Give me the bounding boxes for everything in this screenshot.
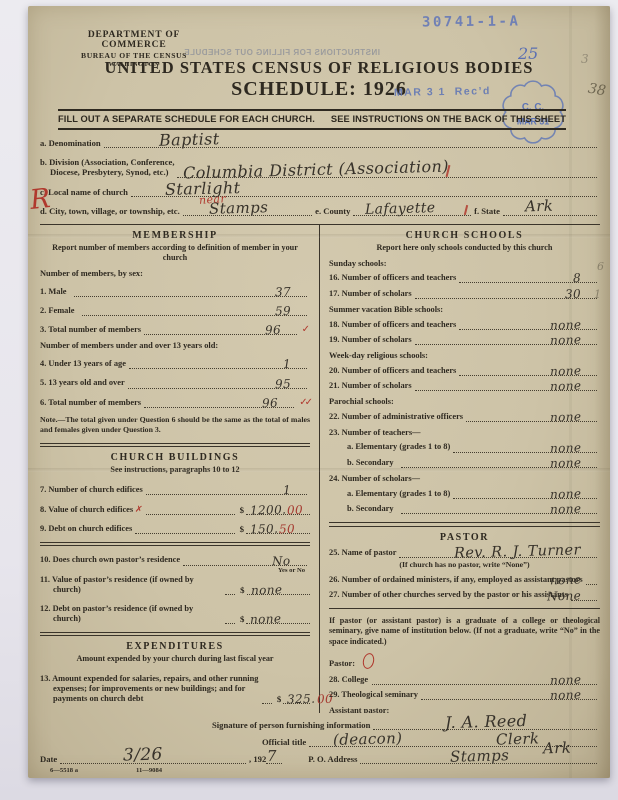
census-form-paper: DEPARTMENT OF COMMERCE BUREAU OF THE CEN… bbox=[28, 6, 610, 778]
dotted-leader: None bbox=[571, 600, 597, 601]
handwriting: 1 bbox=[283, 357, 291, 371]
handwritten-value: 1 bbox=[283, 357, 291, 371]
question-row: 28. Collegenone bbox=[329, 675, 600, 685]
dotted-leader: Ark bbox=[503, 215, 597, 216]
handwritten-value: none bbox=[550, 410, 581, 424]
dollar-sign: $ bbox=[240, 614, 244, 624]
answer-line: 1200.00 bbox=[246, 514, 310, 515]
group-heading: Week-day religious schools: bbox=[329, 351, 600, 360]
handwritten-value: 1 bbox=[283, 483, 291, 497]
handwriting: none bbox=[549, 502, 581, 517]
dotted-leader: 96 bbox=[144, 334, 297, 335]
double-rule bbox=[40, 632, 310, 637]
question-row: 20. Number of officers and teachersnone bbox=[329, 366, 600, 376]
margin-pencil-mark: 6 bbox=[597, 260, 604, 273]
question-label: 27. Number of other churches served by t… bbox=[329, 590, 568, 600]
question-row: a. Elementary (grades 1 to 8)none bbox=[347, 489, 600, 499]
question-label: 20. Number of officers and teachers bbox=[329, 366, 456, 376]
handwritten-value: 1200.00 bbox=[250, 503, 303, 517]
dollar-sign: $ bbox=[277, 694, 281, 704]
caption-text: (If church has no pastor, write “None”) bbox=[329, 560, 600, 569]
dotted-leader: Stamps Ark bbox=[360, 763, 597, 764]
handwritten-value: none bbox=[550, 456, 581, 470]
question-label: 26. Number of ordained ministers, if any… bbox=[329, 575, 583, 585]
question-label: 28. College bbox=[329, 675, 369, 685]
field-row-location: d. City, town, village, or township, etc… bbox=[40, 206, 600, 216]
handwritten-value: 325.00 bbox=[287, 692, 332, 706]
banner-right-text: SEE INSTRUCTIONS ON THE BACK OF THIS SHE… bbox=[331, 114, 566, 124]
question-label: 3. Total number of members bbox=[40, 325, 141, 335]
question-row: 17. Number of scholars30 bbox=[329, 289, 600, 299]
dotted-leader: 1 bbox=[146, 494, 307, 495]
handwriting: none bbox=[549, 440, 581, 455]
question-row: 11. Value of pastor’s residence (if owne… bbox=[40, 575, 310, 595]
question-row: 13. Amount expended for salaries, repair… bbox=[40, 674, 310, 704]
handwriting: 325. bbox=[287, 692, 316, 707]
dotted-leader: near Stamps bbox=[183, 215, 312, 216]
question-row: 12. Debt on pastor’s residence (if owned… bbox=[40, 604, 310, 624]
question-row: 27. Number of other churches served by t… bbox=[329, 590, 600, 600]
division-label-line2: Diocese, Presbytery, Synod, etc.) bbox=[40, 167, 168, 177]
group-heading-label: Parochial schools: bbox=[329, 397, 394, 406]
question-label: 12. Debt on pastor’s residence (if owned… bbox=[40, 604, 222, 624]
dotted-leader: none bbox=[372, 684, 597, 685]
denomination-value: Baptist bbox=[158, 129, 219, 150]
dotted-leader bbox=[225, 623, 235, 624]
field-row-denomination: a. Denomination Baptist bbox=[40, 138, 600, 148]
handwritten-value: 30 bbox=[565, 287, 581, 301]
handwriting: none bbox=[250, 582, 282, 597]
handwritten-value: none bbox=[550, 318, 581, 332]
section-title: PASTOR bbox=[329, 532, 600, 543]
handwritten-value: 8 bbox=[573, 271, 581, 285]
handwritten-value: No bbox=[272, 554, 291, 568]
dotted-leader: Lafayette bbox=[353, 215, 471, 216]
handwritten-value: 96 bbox=[265, 323, 281, 337]
question-label: 7. Number of church edifices bbox=[40, 485, 143, 495]
red-oval-mark bbox=[361, 652, 376, 670]
handwritten-value: none bbox=[550, 333, 581, 347]
group-heading: 23. Number of teachers— bbox=[329, 428, 600, 437]
division-label-line1: b. Division (Association, Conference, bbox=[40, 157, 174, 167]
handwritten-value: 59 bbox=[275, 304, 291, 318]
question-label: 4. Under 13 years of age bbox=[40, 359, 126, 369]
question-row: 18. Number of officers and teachersnone bbox=[329, 320, 600, 330]
dotted-leader: none bbox=[459, 375, 597, 376]
department-line: DEPARTMENT OF COMMERCE bbox=[54, 30, 214, 50]
question-row: 5. 13 years old and over95 bbox=[40, 378, 310, 388]
right-column: CHURCH SCHOOLSReport here only schools c… bbox=[320, 225, 600, 713]
question-label: 19. Number of scholars bbox=[329, 335, 412, 345]
red-check-icon: ✓ bbox=[302, 325, 310, 335]
handwriting: none bbox=[549, 672, 581, 687]
group-heading: Summer vacation Bible schools: bbox=[329, 305, 600, 314]
handwriting: none bbox=[549, 573, 581, 588]
identification-fields: R a. Denomination Baptist b. Division (A… bbox=[40, 138, 600, 216]
dotted-leader bbox=[135, 533, 234, 534]
question-label: b. Secondary bbox=[347, 504, 398, 514]
dotted-leader: J. A. Reed bbox=[373, 729, 597, 730]
handwritten-value: none bbox=[550, 502, 581, 516]
question-row: 9. Debt on church edifices$150.50 bbox=[40, 524, 310, 534]
group-heading-label: Number of members, by sex: bbox=[40, 269, 143, 278]
handwriting: 150. bbox=[250, 521, 279, 536]
date-address-row: Date 3/26 , 192 7 P. O. Address Stamps A… bbox=[40, 754, 600, 764]
handwritten-value: none bbox=[550, 379, 581, 393]
received-date-stamp: MAR 3 1 Rec’d bbox=[394, 85, 491, 99]
form-number: 6—5518 a bbox=[50, 767, 78, 774]
dotted-leader: none bbox=[459, 329, 597, 330]
dotted-leader: 37 bbox=[74, 296, 307, 297]
dotted-leader: none bbox=[421, 699, 597, 700]
note-text: Note.—The total given under Question 6 s… bbox=[40, 415, 310, 435]
question-label: a. Elementary (grades 1 to 8) bbox=[347, 442, 450, 452]
bleed-through-text: INSTRUCTIONS FOR FILLING OUT SCHEDULE bbox=[180, 48, 380, 57]
form-body-columns: MEMBERSHIPReport number of members accor… bbox=[40, 224, 600, 713]
question-row: 19. Number of scholarsnone bbox=[329, 335, 600, 345]
handwriting: 96 bbox=[262, 395, 278, 409]
city-label: d. City, town, village, or township, etc… bbox=[40, 206, 180, 216]
double-rule bbox=[40, 443, 310, 448]
single-rule bbox=[329, 608, 600, 609]
handwritten-value: 150.50 bbox=[250, 522, 295, 536]
margin-pencil-mark: 1 bbox=[594, 288, 601, 301]
yes-or-no-caption: Yes or No bbox=[278, 567, 305, 574]
group-heading: Parochial schools: bbox=[329, 397, 600, 406]
group-heading-label: Week-day religious schools: bbox=[329, 351, 428, 360]
handwritten-value: 95 bbox=[275, 377, 291, 391]
official-title-value2: Clerk bbox=[495, 729, 539, 748]
section-title: CHURCH BUILDINGS bbox=[40, 452, 310, 463]
handwriting: none bbox=[549, 486, 581, 501]
handwriting: 37 bbox=[275, 285, 291, 299]
question-row: 4. Under 13 years of age1 bbox=[40, 359, 310, 369]
handwriting: 1200. bbox=[250, 502, 287, 517]
handwritten-value: 96 bbox=[262, 396, 278, 410]
denomination-label: a. Denomination bbox=[40, 138, 101, 148]
dotted-leader: Columbia District (Association) bbox=[177, 177, 597, 178]
handwritten-value: none bbox=[550, 364, 581, 378]
question-label: 17. Number of scholars bbox=[329, 289, 412, 299]
serial-number-stamp: 30741-1-A bbox=[422, 13, 521, 30]
question-label: 5. 13 years old and over bbox=[40, 378, 125, 388]
instruction-text: If pastor (or assistant pastor) is a gra… bbox=[329, 616, 600, 648]
handwriting: none bbox=[549, 379, 581, 394]
dotted-leader: 3/26 bbox=[60, 763, 246, 764]
dollar-sign: $ bbox=[240, 524, 244, 534]
signature-label: Signature of person furnishing informati… bbox=[212, 720, 370, 730]
group-heading-label: Number of members under and over 13 year… bbox=[40, 341, 218, 350]
red-margin-letter: R bbox=[28, 183, 51, 216]
handwritten-value: none bbox=[550, 573, 581, 587]
dotted-leader: 30 bbox=[415, 298, 597, 299]
question-label: 2. Female bbox=[40, 306, 79, 316]
division-label: b. Division (Association, Conference,Dio… bbox=[40, 157, 174, 178]
year-line: 7 bbox=[266, 763, 282, 764]
answer-line: none bbox=[246, 623, 310, 624]
question-label: 13. Amount expended for salaries, repair… bbox=[40, 674, 259, 704]
handwriting: none bbox=[549, 456, 581, 471]
date-value: 3/26 bbox=[123, 744, 163, 765]
group-heading-label: 23. Number of teachers— bbox=[329, 428, 421, 437]
red-check-icon: ✓✓ bbox=[299, 398, 310, 408]
county-value: Lafayette bbox=[365, 200, 436, 218]
signature-footer: Signature of person furnishing informati… bbox=[40, 720, 600, 774]
question-row: 10. Does church own pastor’s residenceNo… bbox=[40, 555, 310, 565]
section-subtitle: Report number of members according to de… bbox=[40, 243, 310, 264]
double-rule bbox=[329, 522, 600, 527]
question-row: 26. Number of ordained ministers, if any… bbox=[329, 575, 600, 585]
field-row-division: b. Division (Association, Conference,Dio… bbox=[40, 157, 600, 178]
question-label: 1. Male bbox=[40, 287, 71, 297]
double-rule bbox=[40, 542, 310, 547]
handwriting: none bbox=[549, 333, 581, 348]
handwriting: 95 bbox=[275, 376, 291, 390]
question-label: 21. Number of scholars bbox=[329, 381, 412, 391]
red-tick-mark bbox=[464, 205, 468, 215]
handwriting: none bbox=[549, 688, 581, 703]
answer-line: none bbox=[247, 594, 310, 595]
question-label: b. Secondary bbox=[347, 458, 398, 468]
handwriting: none bbox=[549, 317, 581, 332]
question-row: 2. Female59 bbox=[40, 306, 310, 316]
dotted-leader: 1 bbox=[129, 368, 307, 369]
dotted-leader: none bbox=[415, 344, 597, 345]
year-value: 7 bbox=[267, 746, 277, 764]
handwritten-value: Rev. R. J. Turner bbox=[454, 544, 581, 560]
form-header: DEPARTMENT OF COMMERCE BUREAU OF THE CEN… bbox=[28, 6, 610, 134]
dotted-leader bbox=[262, 703, 272, 704]
question-row: a. Elementary (grades 1 to 8)none bbox=[347, 442, 600, 452]
question-row: 1. Male37 bbox=[40, 287, 310, 297]
group-heading-label: Sunday schools: bbox=[329, 259, 386, 268]
group-heading-label: 24. Number of scholars— bbox=[329, 474, 420, 483]
handwritten-value: none bbox=[550, 673, 581, 687]
question-row: 21. Number of scholarsnone bbox=[329, 381, 600, 391]
dotted-leader: none bbox=[453, 498, 597, 499]
handwriting: Rev. R. J. Turner bbox=[454, 543, 581, 562]
signature-value: J. A. Reed bbox=[445, 711, 528, 732]
form-print-codes: 6—5518 a 11—9084 bbox=[50, 767, 600, 774]
dotted-leader: NoYes or No bbox=[183, 565, 307, 566]
official-title-label: Official title bbox=[262, 737, 306, 747]
dollar-sign: $ bbox=[240, 505, 244, 515]
group-heading-label: Assistant pastor: bbox=[329, 706, 389, 712]
group-heading-label: Pastor: bbox=[329, 659, 355, 668]
year-printed: , 192 bbox=[249, 754, 266, 764]
dotted-leader: none bbox=[401, 467, 597, 468]
question-label: 22. Number of administrative officers bbox=[329, 412, 463, 422]
print-number: 11—9084 bbox=[136, 767, 162, 774]
dotted-leader: Rev. R. J. Turner bbox=[399, 557, 597, 558]
question-row: 7. Number of church edifices1 bbox=[40, 485, 310, 495]
question-label: 18. Number of officers and teachers bbox=[329, 320, 456, 330]
dotted-leader: 8 bbox=[459, 282, 597, 283]
question-row: b. Secondarynone bbox=[347, 504, 600, 514]
group-heading-label: Summer vacation Bible schools: bbox=[329, 305, 443, 314]
question-label: 11. Value of pastor’s residence (if owne… bbox=[40, 575, 222, 595]
question-row: b. Secondarynone bbox=[347, 458, 600, 468]
po-state-value: Ark bbox=[542, 738, 571, 757]
question-label: a. Elementary (grades 1 to 8) bbox=[347, 489, 450, 499]
dotted-leader: 96 bbox=[144, 407, 294, 408]
handwriting: none bbox=[549, 363, 581, 378]
dotted-leader: none bbox=[415, 390, 597, 391]
group-heading: 24. Number of scholars— bbox=[329, 474, 600, 483]
date-label: Date bbox=[40, 754, 57, 764]
dollar-sign: $ bbox=[240, 585, 244, 595]
question-label: 29. Theological seminary bbox=[329, 690, 418, 700]
handwriting: 30 bbox=[565, 287, 581, 301]
handwritten-value: none bbox=[550, 441, 581, 455]
handwriting: none bbox=[549, 410, 581, 425]
dotted-leader: none bbox=[453, 452, 597, 453]
section-subtitle: Report here only schools conducted by th… bbox=[329, 243, 600, 253]
dotted-leader bbox=[225, 594, 235, 595]
question-row: 16. Number of officers and teachers8 bbox=[329, 273, 600, 283]
dotted-leader bbox=[146, 514, 235, 515]
question-label: 16. Number of officers and teachers bbox=[329, 273, 456, 283]
dotted-leader: none bbox=[466, 421, 597, 422]
handwriting-red-cents: 50 bbox=[279, 522, 295, 536]
handwriting: none bbox=[250, 611, 282, 626]
banner-left-text: FILL OUT A SEPARATE SCHEDULE FOR EACH CH… bbox=[58, 114, 315, 124]
group-heading: Sunday schools: bbox=[329, 259, 600, 268]
group-heading: Number of members, by sex: bbox=[40, 269, 310, 278]
signature-row: Signature of person furnishing informati… bbox=[212, 720, 600, 730]
section-title: MEMBERSHIP bbox=[40, 230, 310, 241]
section-subtitle: See instructions, paragraphs 10 to 12 bbox=[40, 465, 310, 475]
dotted-leader: none bbox=[401, 513, 597, 514]
dotted-leader: 59 bbox=[82, 315, 307, 316]
handwriting-red-cents: 00 bbox=[287, 503, 303, 517]
handwriting: None bbox=[547, 588, 582, 603]
instruction-banner: FILL OUT A SEPARATE SCHEDULE FOR EACH CH… bbox=[58, 109, 566, 130]
question-row: 3. Total number of members96✓ bbox=[40, 325, 310, 335]
dotted-leader: none bbox=[586, 584, 597, 585]
county-label: e. County bbox=[315, 206, 350, 216]
handwritten-value: none bbox=[550, 688, 581, 702]
field-row-church-name: c. Local name of church Starlight bbox=[40, 187, 600, 197]
section-title: EXPENDITURES bbox=[40, 641, 310, 652]
state-value: Ark bbox=[525, 196, 554, 215]
question-label: 8. Value of church edifices bbox=[40, 505, 133, 515]
handwritten-value: None bbox=[547, 589, 581, 603]
handwriting: 96 bbox=[264, 323, 280, 337]
city-value: Stamps bbox=[209, 198, 269, 218]
handwriting: 8 bbox=[573, 271, 581, 285]
answer-line: 150.50 bbox=[246, 533, 310, 534]
question-row: 29. Theological seminarynone bbox=[329, 690, 600, 700]
po-address-value: Stamps bbox=[450, 746, 510, 766]
handwritten-value: 37 bbox=[275, 285, 291, 299]
handwritten-value: none bbox=[250, 612, 281, 626]
handwritten-value: none bbox=[550, 487, 581, 501]
question-label: 9. Debt on church edifices bbox=[40, 524, 132, 534]
question-row: 22. Number of administrative officersnon… bbox=[329, 412, 600, 422]
red-x-icon: ✗ bbox=[134, 503, 143, 515]
question-row: 6. Total number of members96✓✓ bbox=[40, 398, 310, 408]
handwriting: 59 bbox=[275, 304, 291, 318]
handwritten-value: none bbox=[251, 583, 282, 597]
question-label: 6. Total number of members bbox=[40, 398, 141, 408]
po-address-label: P. O. Address bbox=[308, 754, 357, 764]
dotted-leader: 95 bbox=[128, 388, 307, 389]
handwriting: 1 bbox=[283, 483, 291, 497]
group-heading: Pastor: bbox=[329, 653, 600, 669]
question-row: 8. Value of church edifices✗$1200.00 bbox=[40, 504, 310, 515]
dotted-leader: Baptist bbox=[104, 147, 597, 148]
section-title: CHURCH SCHOOLS bbox=[329, 230, 600, 241]
question-row: 25. Name of pastorRev. R. J. Turner bbox=[329, 548, 600, 558]
church-name-label: c. Local name of church bbox=[40, 187, 128, 197]
official-title-value: (deacon) bbox=[333, 729, 403, 749]
section-subtitle: Amount expended by your church during la… bbox=[40, 654, 310, 664]
answer-line: 325.00 bbox=[283, 703, 310, 704]
question-label: 25. Name of pastor bbox=[329, 548, 396, 558]
question-label: 10. Does church own pastor’s residence bbox=[40, 555, 180, 565]
group-heading: Number of members under and over 13 year… bbox=[40, 341, 310, 350]
left-column: MEMBERSHIPReport number of members accor… bbox=[40, 225, 320, 713]
state-label: f. State bbox=[474, 206, 500, 216]
